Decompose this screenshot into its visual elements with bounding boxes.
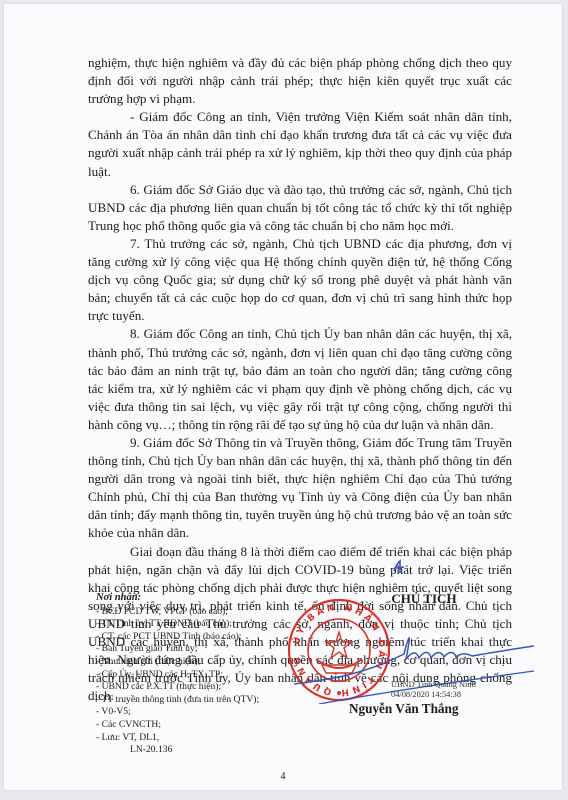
- recipient-item: - Các CVNCTH;: [96, 719, 286, 732]
- paragraph: nghiệm, thực hiện nghiêm và đầy đủ các b…: [88, 54, 512, 108]
- paragraph: - Giám đốc Công an tỉnh, Viện trưởng Việ…: [88, 108, 512, 180]
- recipients-title: Nơi nhận:: [96, 592, 286, 605]
- recipients-block: Nơi nhận: - BCĐ PCD TW, VPCP (báo cáo); …: [96, 592, 286, 757]
- digital-signer: UBND Tỉnh Quảng Ninh: [391, 680, 476, 690]
- recipient-item: - Lưu: VT, DL1,: [96, 732, 286, 745]
- recipient-item: - CT, các PCT UBND Tỉnh (báo cáo);: [96, 631, 286, 644]
- recipient-item: - Ban Tuyên giáo Tỉnh ủy;: [96, 643, 286, 656]
- recipient-item: - BCĐ PCD TW, VPCP (báo cáo);: [96, 606, 286, 619]
- ink-mark-icon: [392, 559, 406, 575]
- page-number: 4: [4, 771, 562, 782]
- recipient-item: - Như kính gửi (thực hiện);: [96, 656, 286, 669]
- recipient-item: - TT Tỉnh ủy, TT HĐND (báo cáo);: [96, 618, 286, 631]
- recipient-item: - TT truyền thông tỉnh (đưa tin trên QTV…: [96, 694, 286, 707]
- paragraph: 6. Giám đốc Sở Giáo dục và đào tạo, thủ …: [88, 181, 512, 235]
- archive-code: LN-20.136: [96, 744, 286, 757]
- paragraph: 9. Giám đốc Sở Thông tin và Truyền thông…: [88, 434, 512, 543]
- signer-name: Nguyễn Văn Thắng: [349, 701, 458, 717]
- document-page: nghiệm, thực hiện nghiêm và đầy đủ các b…: [4, 4, 562, 790]
- paragraph: 7. Thủ trưởng các sở, ngành, Chủ tịch UB…: [88, 235, 512, 325]
- recipient-item: - Cấp Ủy, UBND các H, TX, TP;: [96, 669, 286, 682]
- recipient-item: - UBND các P.X.TT (thực hiện);: [96, 681, 286, 694]
- digital-timestamp: 04/08/2020 14:54:38: [391, 690, 476, 700]
- digital-signature-stamp: UBND Tỉnh Quảng Ninh 04/08/2020 14:54:38: [391, 680, 476, 699]
- paragraph: 8. Giám đốc Công an tỉnh, Chủ tịch Ủy ba…: [88, 325, 512, 434]
- recipient-item: - V0-V5;: [96, 706, 286, 719]
